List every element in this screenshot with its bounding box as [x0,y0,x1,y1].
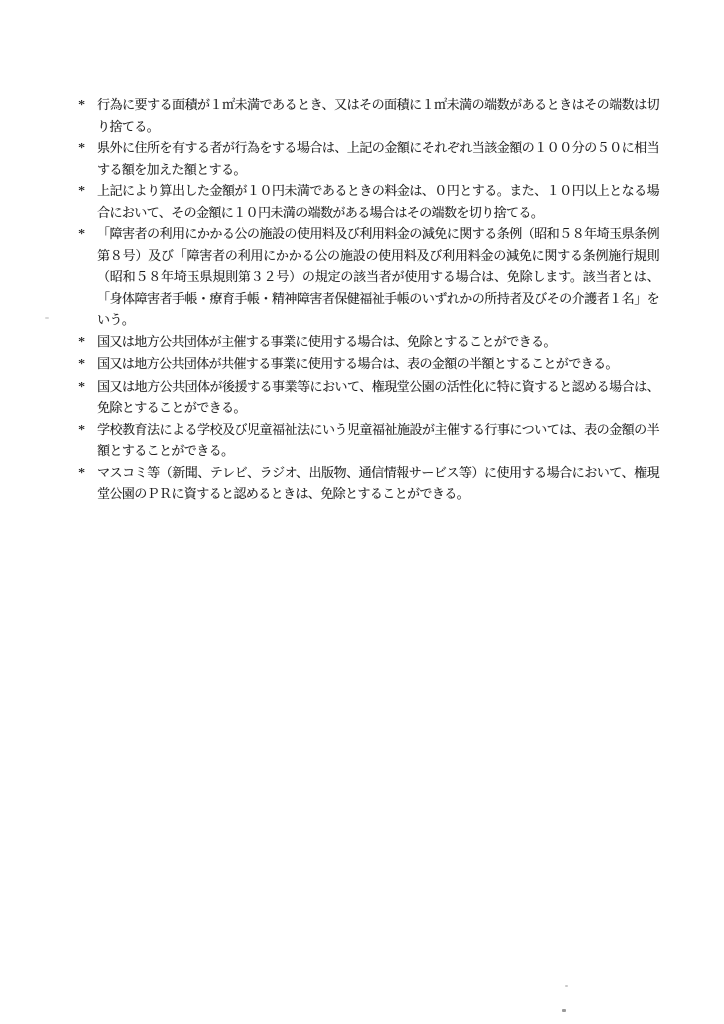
bullet-asterisk: * [78,331,97,354]
note-text: 学校教育法による学校及び児童福祉法にいう児童福祉施設が主催する行事については、表… [97,419,659,462]
document-page: * 行為に要する面積が１㎡未満であるとき、又はその面積に１㎡未満の端数があるとき… [0,0,724,1024]
list-item: * 上記により算出した金額が１０円未満であるときの料金は、０円とする。また、１０… [78,180,659,223]
scan-noise-speck [45,317,49,319]
bullet-asterisk: * [78,94,97,117]
bullet-asterisk: * [78,223,97,246]
bullet-asterisk: * [78,137,97,160]
scan-noise-speck [562,1009,566,1012]
list-item: * 県外に住所を有する者が行為をする場合は、上記の金額にそれぞれ当該金額の１００… [78,137,659,180]
list-item: * 学校教育法による学校及び児童福祉法にいう児童福祉施設が主催する行事については… [78,419,659,462]
bullet-asterisk: * [78,180,97,203]
bullet-asterisk: * [78,376,97,399]
bullet-asterisk: * [78,419,97,442]
bullet-asterisk: * [78,353,97,376]
list-item: * 「障害者の利用にかかる公の施設の使用料及び利用料金の減免に関する条例（昭和５… [78,223,659,331]
list-item: * 国又は地方公共団体が主催する事業に使用する場合は、免除とすることができる。 [78,331,659,354]
scan-noise-speck [565,985,568,987]
bullet-asterisk: * [78,462,97,485]
list-item: * 国又は地方公共団体が後援する事業等において、権現堂公園の活性化に特に資すると… [78,376,659,419]
note-text: 国又は地方公共団体が主催する事業に使用する場合は、免除とすることができる。 [97,331,659,353]
list-item: * 国又は地方公共団体が共催する事業に使用する場合は、表の金額の半額とすることが… [78,353,659,376]
note-text: 県外に住所を有する者が行為をする場合は、上記の金額にそれぞれ当該金額の１００分の… [97,137,659,180]
note-text: 国又は地方公共団体が後援する事業等において、権現堂公園の活性化に特に資すると認め… [97,376,659,419]
note-text: 上記により算出した金額が１０円未満であるときの料金は、０円とする。また、１０円以… [97,180,659,223]
note-text: マスコミ等（新聞、テレビ、ラジオ、出版物、通信情報サービス等）に使用する場合にお… [97,462,659,505]
note-text: 行為に要する面積が１㎡未満であるとき、又はその面積に１㎡未満の端数があるときはそ… [97,94,659,137]
list-item: * マスコミ等（新聞、テレビ、ラジオ、出版物、通信情報サービス等）に使用する場合… [78,462,659,505]
note-text: 国又は地方公共団体が共催する事業に使用する場合は、表の金額の半額とすることができ… [97,353,659,375]
note-text: 「障害者の利用にかかる公の施設の使用料及び利用料金の減免に関する条例（昭和５８年… [97,223,659,331]
list-item: * 行為に要する面積が１㎡未満であるとき、又はその面積に１㎡未満の端数があるとき… [78,94,659,137]
notes-list: * 行為に要する面積が１㎡未満であるとき、又はその面積に１㎡未満の端数があるとき… [78,94,659,505]
